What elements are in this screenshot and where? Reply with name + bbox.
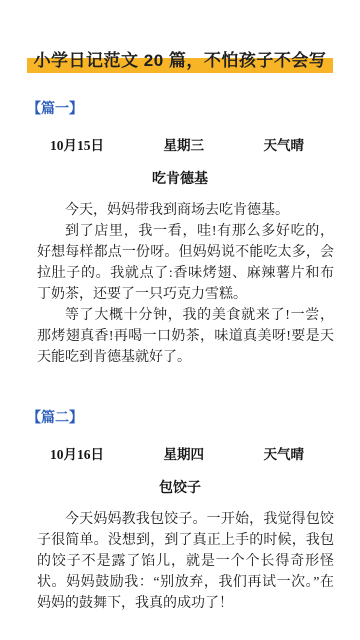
diary-entry-1: 【篇一】 10月15日 星期三 天气晴 吃肯德基 今天，妈妈带我到商场去吃肯德基… [0,98,360,368]
section-label-1: 【篇一】 [27,98,360,118]
page-title: 小学日记范文 20 篇，不怕孩子不会写 [29,51,332,71]
diary-title: 吃肯德基 [0,168,360,188]
diary-entry-2: 【篇二】 10月16日 星期四 天气晴 包饺子 今天妈妈教我包饺子。一开始，我觉… [0,407,360,614]
diary-date: 10月15日 [50,134,104,154]
article-page: 小学日记范文 20 篇，不怕孩子不会写 【篇一】 10月15日 星期三 天气晴 … [0,0,360,640]
diary-body: 今天，妈妈带我到商场去吃肯德基。 到了店里，我一看，哇!有那么多好吃的，好想每样… [0,200,360,368]
diary-paragraph: 今天妈妈教我包饺子。一开始，我觉得包饺子很简单。没想到，到了真正上手的时候，我包… [37,509,334,614]
diary-weather: 天气晴 [264,443,305,463]
section-label-2: 【篇二】 [27,407,360,427]
page-title-row: 小学日记范文 20 篇，不怕孩子不会写 [0,0,360,71]
diary-weather: 天气晴 [264,134,305,154]
diary-meta-row: 10月15日 星期三 天气晴 [0,134,360,154]
diary-paragraph: 今天，妈妈带我到商场去吃肯德基。 [37,200,334,221]
diary-title: 包饺子 [0,477,360,497]
diary-paragraph: 等了大概十分钟，我的美食就来了!一尝，那烤翅真香!再喝一口奶茶，味道真美呀!要是… [37,305,334,368]
diary-weekday: 星期三 [164,134,205,154]
diary-meta-row: 10月16日 星期四 天气晴 [0,443,360,463]
diary-date: 10月16日 [50,443,104,463]
diary-weekday: 星期四 [164,443,205,463]
diary-body: 今天妈妈教我包饺子。一开始，我觉得包饺子很简单。没想到，到了真正上手的时候，我包… [0,509,360,614]
diary-paragraph: 到了店里，我一看，哇!有那么多好吃的，好想每样都点一份呀。但妈妈说不能吃太多，会… [37,221,334,305]
